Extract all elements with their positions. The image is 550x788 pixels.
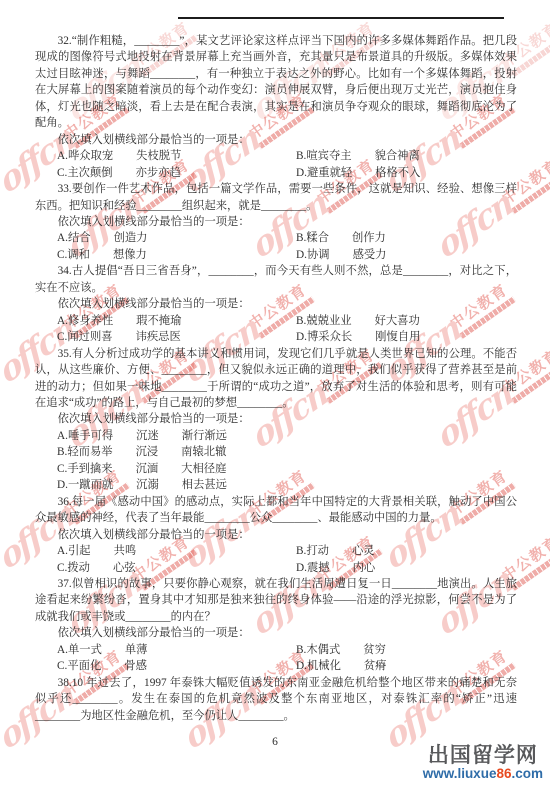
option-text: B.轻而易举 (57, 444, 113, 460)
option-A: A.引起共鸣 (57, 543, 296, 559)
option-C: C.拨动心弦 (57, 560, 296, 576)
option-text: 讳疾忌医 (136, 329, 181, 345)
option-C: C.闻过则喜讳疾忌医 (57, 329, 296, 345)
question-prompt: 依次填入划横线部分最恰当的一项是： (35, 214, 517, 230)
option-text: 好大喜功 (375, 313, 420, 329)
option-text: D.博采众长 (296, 329, 352, 345)
option-D: D.震撼内心 (296, 560, 517, 576)
option-text: C.平面化 (57, 658, 101, 674)
document-page: offcn中公教育offcn中公教育offcn中公教育offcn中公教育offc… (0, 0, 550, 788)
logo-url-suffix: .com (511, 766, 543, 781)
option-text: B.糅合 (296, 230, 329, 246)
option-text: A.哗众取宠 (57, 148, 113, 164)
option-D: D.避重就轻格格不入 (296, 165, 517, 181)
option-text: 沉迷 (136, 428, 159, 444)
option-text: 貌合神离 (375, 148, 420, 164)
question-32: 32.“制作粗糙，________”，某文艺评论家这样点评当下国内的许多多媒体舞… (35, 33, 517, 181)
logo-url-number: 86 (496, 766, 511, 781)
option-text: 沉浸 (136, 444, 159, 460)
option-text: 骨感 (124, 658, 147, 674)
option-D: D.机械化贫瘠 (296, 658, 517, 674)
option-A: A.修身养性瑕不掩瑜 (57, 313, 296, 329)
question-prompt: 依次填入划横线部分最恰当的一项是： (35, 132, 517, 148)
option-text: 渐行渐远 (182, 428, 227, 444)
option-text: C.手到擒来 (57, 461, 113, 477)
logo-url: www.liuxue86.com (423, 767, 543, 781)
option-A: A.结合创造力 (57, 230, 296, 246)
option-text: 沉溺 (136, 477, 159, 493)
option-B: B.木偶式贫穷 (296, 642, 517, 658)
option-text: 贫瘠 (364, 658, 387, 674)
question-text: 34.古人提倡“吾日三省吾身”，________，而今天有些人则不然，总是___… (35, 263, 517, 296)
option-text: 沉湎 (136, 461, 159, 477)
question-35: 35.有人分析过成功学的基本讲义和惯用词，发现它们几乎就是人类世界已知的公理。不… (35, 346, 517, 494)
question-prompt: 依次填入划横线部分最恰当的一项是： (35, 296, 517, 312)
option-text: D.一蹴而就 (57, 477, 113, 493)
option-text: A.引起 (57, 543, 91, 559)
question-text: 33.要创作一件艺术作品，包括一篇文学作品，需要一些条件，这就是知识、经验、想像… (35, 181, 517, 214)
header-rule (178, 17, 504, 19)
option-text: 心弦 (113, 560, 136, 576)
logo-title: 出国留学网 (423, 745, 543, 767)
option-text: A.结合 (57, 230, 91, 246)
question-33: 33.要创作一件艺术作品，包括一篇文学作品，需要一些条件，这就是知识、经验、想像… (35, 181, 517, 263)
option-C: C.平面化骨感 (57, 658, 296, 674)
option-text: 创作力 (352, 230, 386, 246)
question-prompt: 依次填入划横线部分最恰当的一项是： (35, 411, 517, 427)
question-prompt: 依次填入划横线部分最恰当的一项是： (35, 625, 517, 641)
option-D: D.协调感受力 (296, 247, 517, 263)
question-text: 36.每一届《感动中国》的感动点，实际上都和当年中国特定的大背景相关联，触动了中… (35, 494, 517, 527)
option-text: 南辕北辙 (181, 444, 226, 460)
options-group: A.唾手可得沉迷渐行渐远B.轻而易举沉浸南辕北辙C.手到擒来沉湎大相径庭D.一蹴… (57, 428, 517, 494)
option-text: 内心 (353, 560, 376, 576)
option-text: A.修身养性 (57, 313, 113, 329)
options-group: A.引起共鸣B.打动心灵C.拨动心弦D.震撼内心 (57, 543, 517, 576)
option-text: B.喧宾夺主 (296, 148, 352, 164)
option-text: A.单一式 (57, 642, 102, 658)
option-text: 共鸣 (114, 543, 137, 559)
option-text: 贫穷 (363, 642, 386, 658)
option-text: 心灵 (352, 543, 375, 559)
option-B: B.糅合创作力 (296, 230, 517, 246)
option-text: 感受力 (353, 247, 387, 263)
option-text: 失枝脱节 (136, 148, 181, 164)
option-D: D.一蹴而就沉溺相去甚远 (57, 477, 517, 493)
option-text: 格格不入 (375, 165, 420, 181)
question-36: 36.每一届《感动中国》的感动点，实际上都和当年中国特定的大背景相关联，触动了中… (35, 494, 517, 576)
option-text: 瑕不掩瑜 (136, 313, 181, 329)
option-B: B.兢兢业业好大喜功 (296, 313, 517, 329)
option-text: C.拨动 (57, 560, 90, 576)
option-text: D.震撼 (296, 560, 330, 576)
option-text: A.唾手可得 (57, 428, 113, 444)
question-text: 37.似曾相识的故事，只要你静心观察，就在我们生活周遭日复一日________地… (35, 576, 517, 625)
option-text: 创造力 (114, 230, 148, 246)
option-text: 刚愎自用 (375, 329, 420, 345)
liuxue86-logo: 出国留学网 www.liuxue86.com (423, 745, 543, 781)
option-text: C.调和 (57, 247, 90, 263)
option-A: A.单一式单薄 (57, 642, 296, 658)
question-text: 38.10 年过去了，1997 年泰铢大幅贬值诱发的东南亚金融危机给整个地区带来… (35, 675, 517, 724)
option-text: 单薄 (125, 642, 148, 658)
option-text: B.木偶式 (296, 642, 340, 658)
options-group: A.修身养性瑕不掩瑜B.兢兢业业好大喜功C.闻过则喜讳疾忌医D.博采众长刚愎自用 (57, 313, 517, 346)
logo-url-prefix: www.liuxue (423, 766, 497, 781)
option-text: B.打动 (296, 543, 329, 559)
options-group: A.结合创造力B.糅合创作力C.调和想像力D.协调感受力 (57, 230, 517, 263)
options-group: A.单一式单薄B.木偶式贫穷C.平面化骨感D.机械化贫瘠 (57, 642, 517, 675)
option-text: 相去甚远 (182, 477, 227, 493)
option-text: C.主次颠倒 (57, 165, 113, 181)
option-D: D.博采众长刚愎自用 (296, 329, 517, 345)
options-group: A.哗众取宠失枝脱节B.喧宾夺主貌合神离C.主次颠倒亦步亦趋D.避重就轻格格不入 (57, 148, 517, 181)
option-text: D.机械化 (296, 658, 341, 674)
option-text: C.闻过则喜 (57, 329, 113, 345)
option-A: A.唾手可得沉迷渐行渐远 (57, 428, 517, 444)
option-C: C.手到擒来沉湎大相径庭 (57, 461, 517, 477)
questions: 32.“制作粗糙，________”，某文艺评论家这样点评当下国内的许多多媒体舞… (35, 33, 517, 724)
option-text: D.协调 (296, 247, 330, 263)
option-text: 大相径庭 (181, 461, 226, 477)
option-B: B.轻而易举沉浸南辕北辙 (57, 444, 517, 460)
option-text: 亦步亦趋 (136, 165, 181, 181)
question-37: 37.似曾相识的故事，只要你静心观察，就在我们生活周遭日复一日________地… (35, 576, 517, 675)
option-A: A.哗众取宠失枝脱节 (57, 148, 296, 164)
question-38: 38.10 年过去了，1997 年泰铢大幅贬值诱发的东南亚金融危机给整个地区带来… (35, 675, 517, 724)
question-text: 32.“制作粗糙，________”，某文艺评论家这样点评当下国内的许多多媒体舞… (35, 33, 517, 132)
question-text: 35.有人分析过成功学的基本讲义和惯用词，发现它们几乎就是人类世界已知的公理。不… (35, 346, 517, 412)
option-text: 想像力 (113, 247, 147, 263)
question-34: 34.古人提倡“吾日三省吾身”，________，而今天有些人则不然，总是___… (35, 263, 517, 345)
question-prompt: 依次填入划横线部分最恰当的一项是： (35, 527, 517, 543)
option-text: B.兢兢业业 (296, 313, 352, 329)
option-C: C.调和想像力 (57, 247, 296, 263)
option-C: C.主次颠倒亦步亦趋 (57, 165, 296, 181)
option-B: B.喧宾夺主貌合神离 (296, 148, 517, 164)
option-text: D.避重就轻 (296, 165, 352, 181)
option-B: B.打动心灵 (296, 543, 517, 559)
